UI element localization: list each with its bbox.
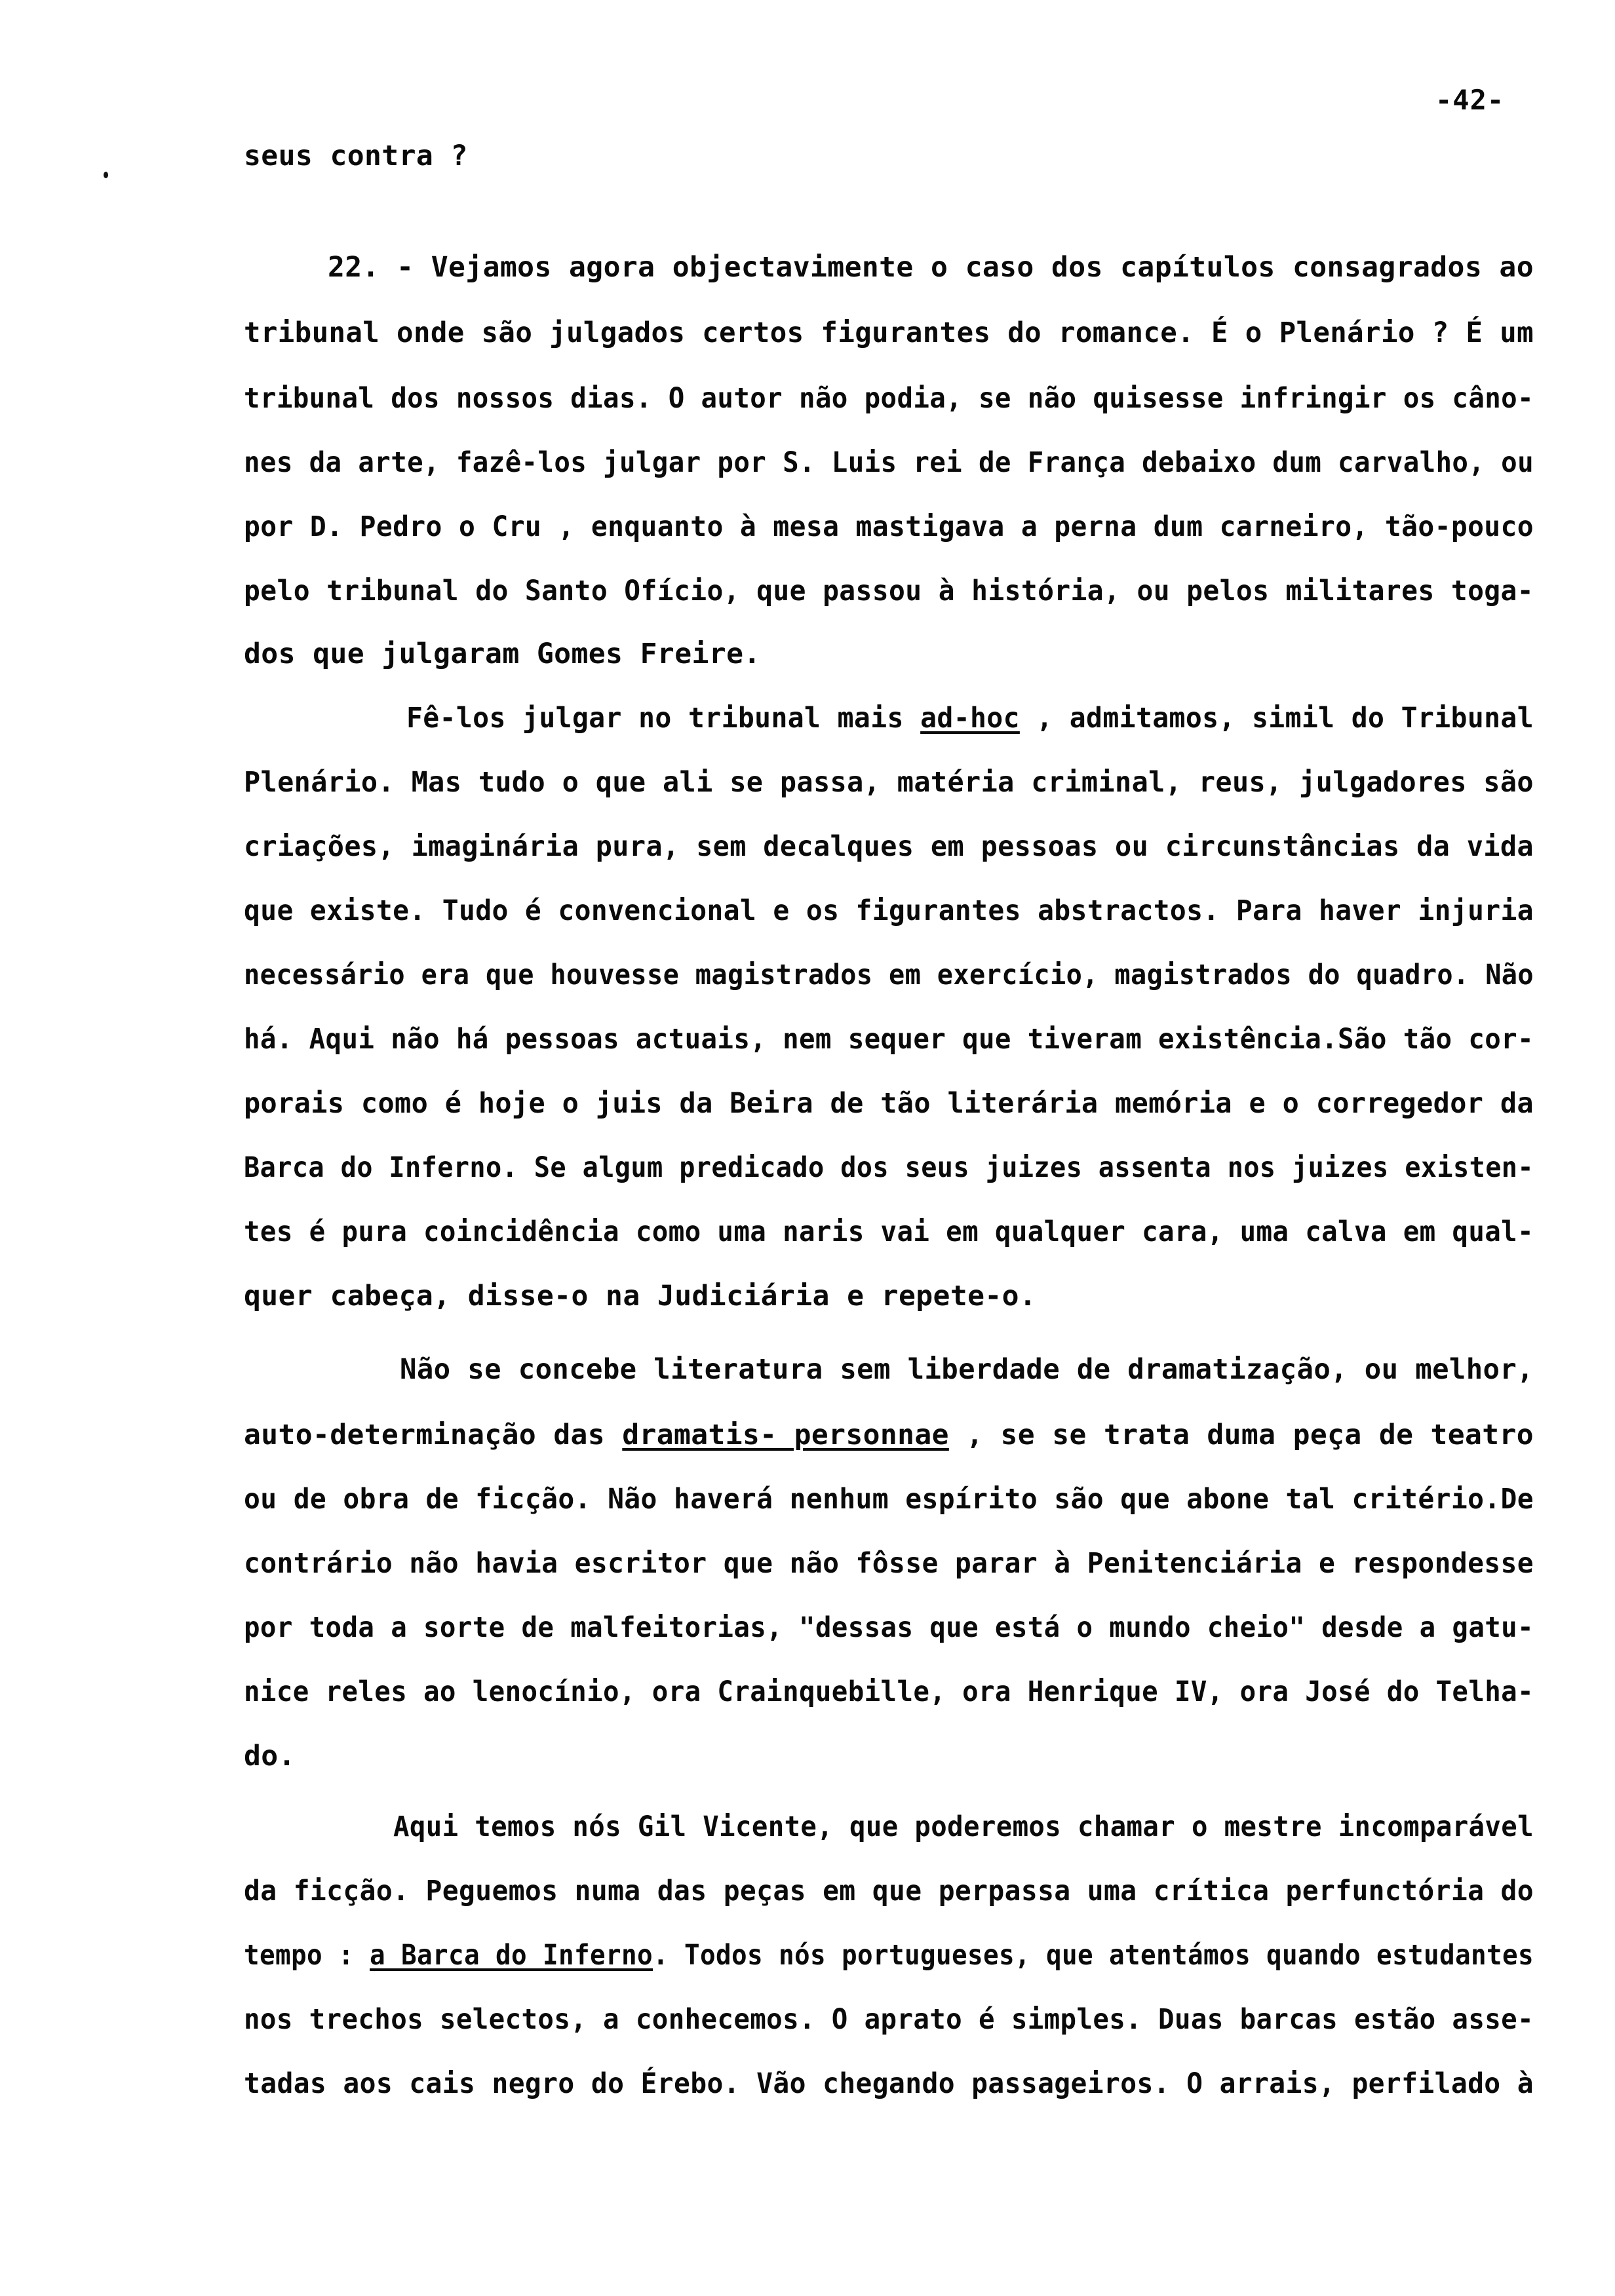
- text-line: por toda a sorte de malfeitorias, "dessa…: [244, 1611, 1534, 1645]
- text-line: Barca do Inferno. Se algum predicado dos…: [244, 1151, 1534, 1185]
- text-line: dos que julgaram Gomes Freire.: [244, 637, 761, 671]
- text-segment: , admitamos, simil do Tribunal: [1020, 702, 1534, 735]
- text-line: da ficção. Peguemos numa das peças em qu…: [244, 1874, 1534, 1908]
- text-line: há. Aqui não há pessoas actuais, nem seq…: [244, 1022, 1534, 1056]
- document-page: -42- seus contra ?22. - Vejamos agora ob…: [0, 0, 1615, 2296]
- text-segment: auto-determinação das: [244, 1419, 622, 1451]
- text-line: Não se concebe literatura sem liberdade …: [400, 1352, 1534, 1387]
- text-line: do.: [244, 1739, 296, 1773]
- text-line: por D. Pedro o Cru , enquanto à mesa mas…: [244, 510, 1534, 544]
- scan-speck: [104, 172, 108, 178]
- text-segment: , se se trata duma peça de teatro: [949, 1419, 1534, 1451]
- text-line: pelo tribunal do Santo Ofício, que passo…: [244, 574, 1534, 608]
- text-line: auto-determinação das dramatis- personna…: [244, 1418, 1534, 1452]
- text-line: nes da arte, fazê-los julgar por S. Luis…: [244, 446, 1534, 480]
- text-line: porais como é hoje o juis da Beira de tã…: [244, 1086, 1534, 1120]
- text-line: Aqui temos nós Gil Vicente, que poderemo…: [393, 1810, 1534, 1844]
- text-line: nos trechos selectos, a conhecemos. O ap…: [244, 2002, 1534, 2037]
- text-segment: . Todos nós portugueses, que atentámos q…: [653, 1939, 1534, 1972]
- text-line: 22. - Vejamos agora objectavimente o cas…: [328, 250, 1534, 284]
- text-line: Fê-los julgar no tribunal mais ad-hoc , …: [406, 701, 1534, 735]
- text-line: ou de obra de ficção. Não haverá nenhum …: [244, 1482, 1534, 1516]
- underlined-title: ad-hoc: [920, 702, 1020, 735]
- page-number: -42-: [1435, 84, 1504, 116]
- text-line: seus contra ?: [244, 139, 468, 173]
- text-line: criações, imaginária pura, sem decalques…: [244, 830, 1534, 864]
- text-line: que existe. Tudo é convencional e os fig…: [244, 894, 1534, 928]
- underlined-title: dramatis- personnae: [622, 1419, 949, 1451]
- text-line: tribunal dos nossos dias. O autor não po…: [244, 381, 1534, 415]
- text-line: tribunal onde são julgados certos figura…: [244, 316, 1534, 350]
- text-line: quer cabeça, disse-o na Judiciária e rep…: [244, 1279, 1036, 1313]
- underlined-title: a Barca do Inferno: [370, 1939, 653, 1972]
- text-segment: Fê-los julgar no tribunal mais: [406, 702, 920, 735]
- text-line: tes é pura coincidência como uma naris v…: [244, 1215, 1534, 1249]
- text-line: tempo : a Barca do Inferno. Todos nós po…: [244, 1938, 1534, 1972]
- text-line: Plenário. Mas tudo o que ali se passa, m…: [244, 765, 1534, 799]
- text-line: contrário não havia escritor que não fôs…: [244, 1546, 1534, 1580]
- text-line: tadas aos cais negro do Érebo. Vão chega…: [244, 2067, 1534, 2101]
- text-line: necessário era que houvesse magistrados …: [244, 958, 1534, 992]
- text-line: nice reles ao lenocínio, ora Crainquebil…: [244, 1675, 1534, 1709]
- text-segment: tempo :: [244, 1939, 370, 1972]
